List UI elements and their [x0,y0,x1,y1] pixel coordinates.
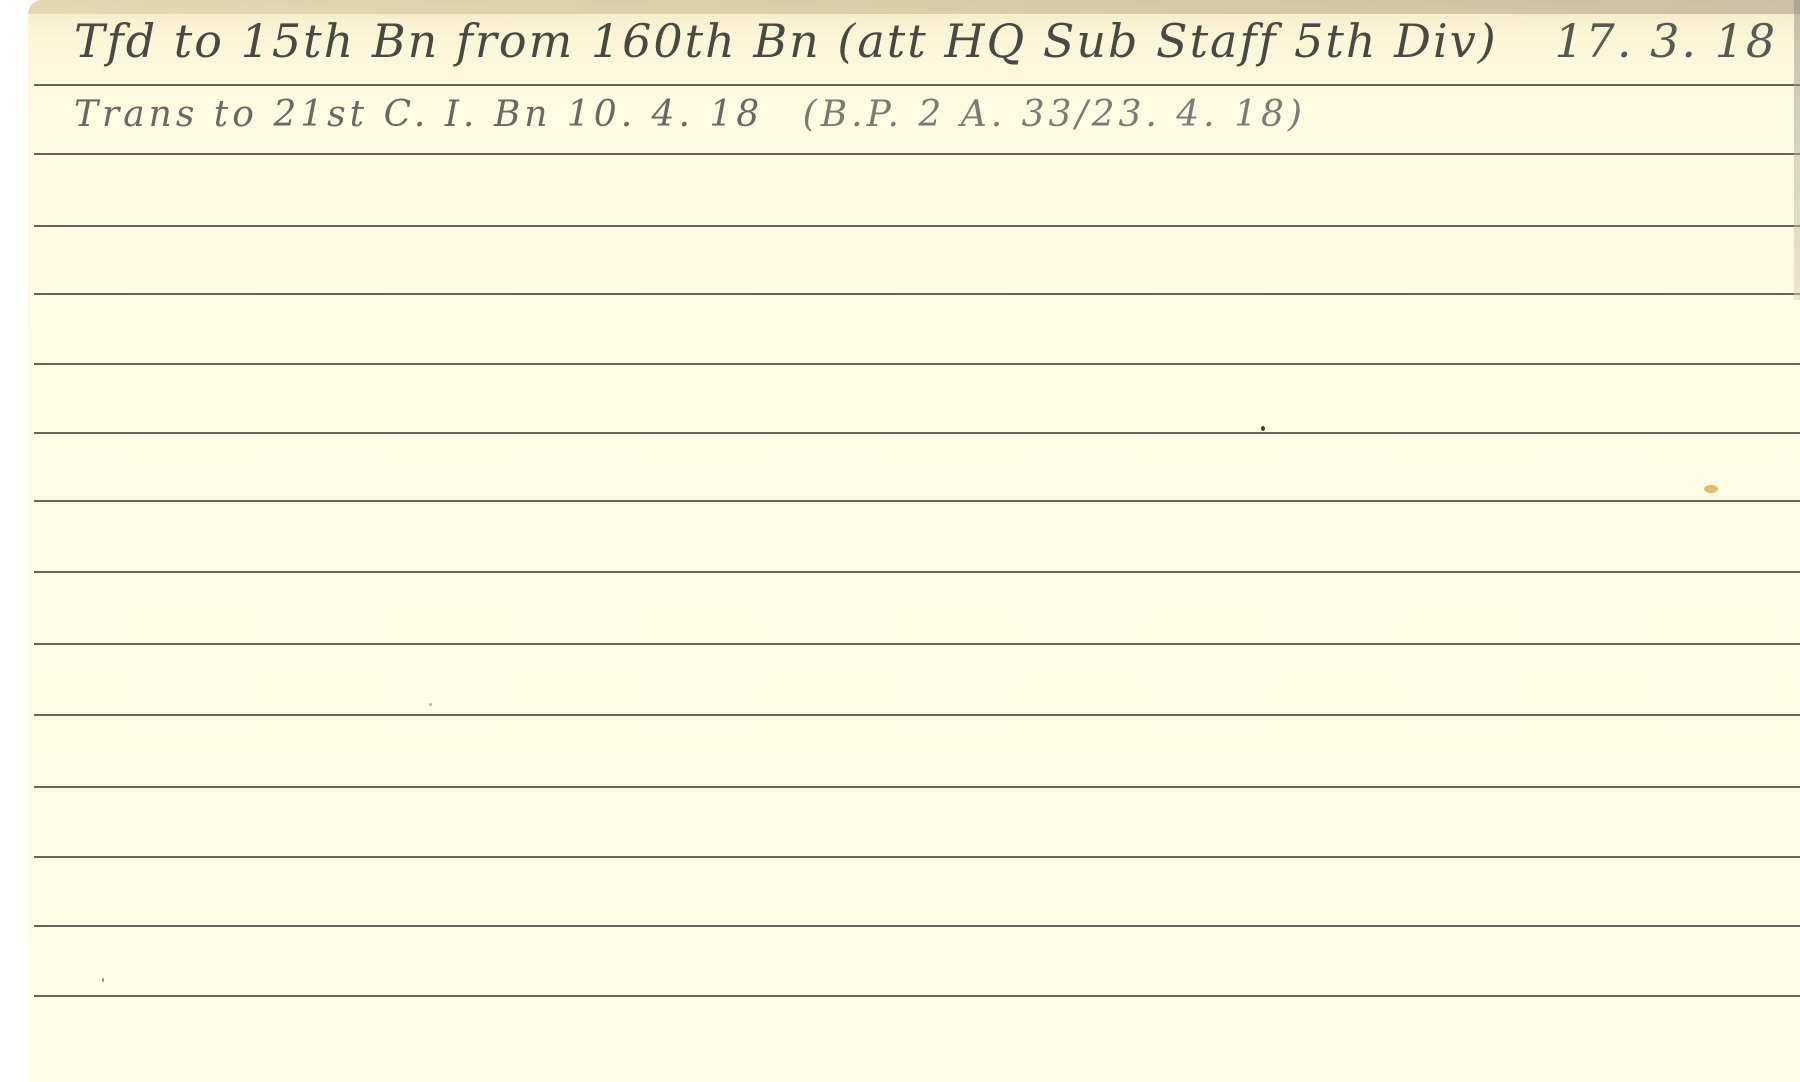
ruled-line [34,153,1800,155]
ruled-line [34,786,1800,788]
entry-transfer-21st-bn: Trans to 21st C. I. Bn 10. 4. 18 (B.P. 2… [74,94,1306,135]
ink-speck [1261,426,1265,431]
ruled-line [34,363,1800,365]
entry-reference: (B.P. 2 A. 33/23. 4. 18) [803,94,1306,135]
entry-transfer-15th-bn: Tfd to 15th Bn from 160th Bn (att HQ Sub… [74,14,1777,68]
ruled-line [34,925,1800,927]
ruled-line [34,84,1800,86]
record-card: Tfd to 15th Bn from 160th Bn (att HQ Sub… [28,0,1800,1082]
ruled-line [34,856,1800,858]
ruled-line [34,714,1800,716]
ruled-line [34,643,1800,645]
ink-speck [429,703,432,706]
ruled-line [34,571,1800,573]
entry-text: Trans to 21st C. I. Bn 10. 4. 18 [74,94,763,135]
entry-date: 17. 3. 18 [1554,14,1777,68]
ruled-line [34,995,1800,997]
stain-spot [1704,485,1718,493]
entry-text: Tfd to 15th Bn from 160th Bn (att HQ Sub… [74,14,1498,68]
ruled-line [34,432,1800,434]
ruled-line [34,225,1800,227]
ink-speck [102,978,104,982]
ruled-line [34,500,1800,502]
ruled-line [34,293,1800,295]
